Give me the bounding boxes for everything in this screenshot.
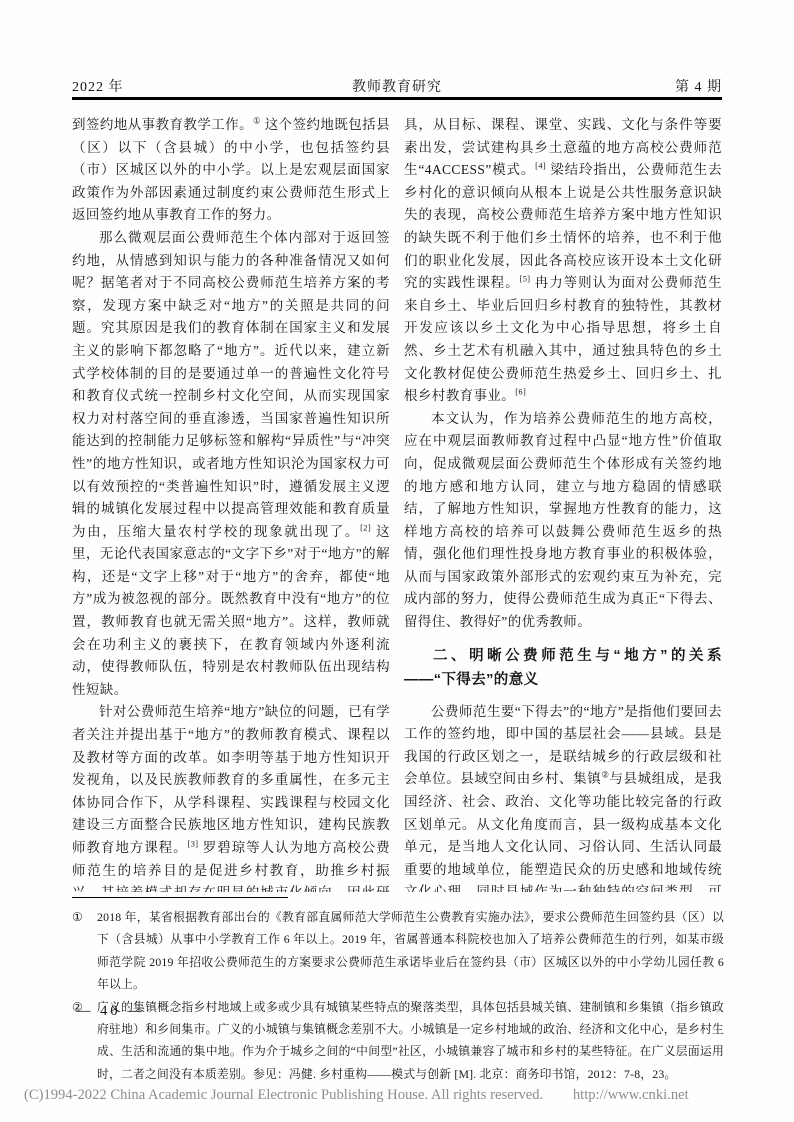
footnote-ref: ② xyxy=(601,771,609,780)
footnote-ref: [3] xyxy=(188,840,199,849)
footnote-ref: [2] xyxy=(360,523,371,532)
cnki-url[interactable]: http://www.cnki.net xyxy=(573,1087,689,1103)
header-journal-title: 教师教育研究 xyxy=(352,76,442,96)
footnote: ②广义的集镇概念指乡村地域上或多或少具有城镇某些特点的聚落类型，具体包括县城关镇… xyxy=(72,996,724,1086)
right-column: 具，从目标、课程、课堂、实践、文化与条件等要素出发，尝试建构具乡土意蕴的地方高校… xyxy=(404,114,722,892)
section-heading: 二、明晰公费师范生与“地方”的关系——“下得去”的意义 xyxy=(404,644,722,692)
copyright-text: (C)1994-2022 China Academic Journal Elec… xyxy=(24,1087,543,1103)
footnotes: ①2018 年，某省根据教育部出台的《教育部直属师范大学师范生公费教育实施办法》… xyxy=(72,906,724,1085)
footnote-marker: ① xyxy=(72,906,97,996)
footnote-ref: [4] xyxy=(535,162,546,171)
paragraph: 具，从目标、课程、课堂、实践、文化与条件等要素出发，尝试建构具乡土意蕴的地方高校… xyxy=(404,114,722,408)
footnote-ref: [5] xyxy=(520,275,531,284)
footnote-divider xyxy=(72,897,288,898)
copyright-footer: (C)1994-2022 China Academic Journal Elec… xyxy=(24,1087,784,1104)
footnote-text: 广义的集镇概念指乡村地域上或多或少具有城镇某些特点的聚落类型，具体包括县城关镇、… xyxy=(97,996,724,1086)
footnote-text: 2018 年，某省根据教育部出台的《教育部直属师范大学师范生公费教育实施办法》，… xyxy=(97,906,724,996)
footnote-ref: [6] xyxy=(515,388,526,397)
footnote-ref: ① xyxy=(253,117,261,126)
page-header: 2022 年 教师教育研究 第 4 期 xyxy=(72,76,722,96)
left-column: 到签约地从事教育教学工作。① 这个签约地既包括县（区）以下（含县城）的中小学，也… xyxy=(72,114,390,892)
footnote: ①2018 年，某省根据教育部出台的《教育部直属师范大学师范生公费教育实施办法》… xyxy=(72,906,724,996)
paragraph: 到签约地从事教育教学工作。① 这个签约地既包括县（区）以下（含县城）的中小学，也… xyxy=(72,114,390,227)
paragraph: 本文认为，作为培养公费师范生的地方高校，应在中观层面教师教育过程中凸显“地方性”… xyxy=(404,408,722,634)
paragraph: 那么微观层面公费师范生个体内部对于返回签约地，从情感到知识与能力的各种准备情况又… xyxy=(72,227,390,701)
journal-page: 2022 年 教师教育研究 第 4 期 到签约地从事教育教学工作。① 这个签约地… xyxy=(0,0,794,1122)
header-issue: 第 4 期 xyxy=(442,76,722,96)
paragraph: 公费师范生要“下得去”的“地方”是指他们要回去工作的签约地，即中国的基层社会——… xyxy=(404,701,722,892)
paragraph: 针对公费师范生培养“地方”缺位的问题，已有学者关注并提出基于“地方”的教师教育模… xyxy=(72,701,390,892)
header-rule xyxy=(72,97,722,100)
header-year: 2022 年 xyxy=(72,76,352,96)
page-number: — 40 — xyxy=(76,1003,145,1020)
